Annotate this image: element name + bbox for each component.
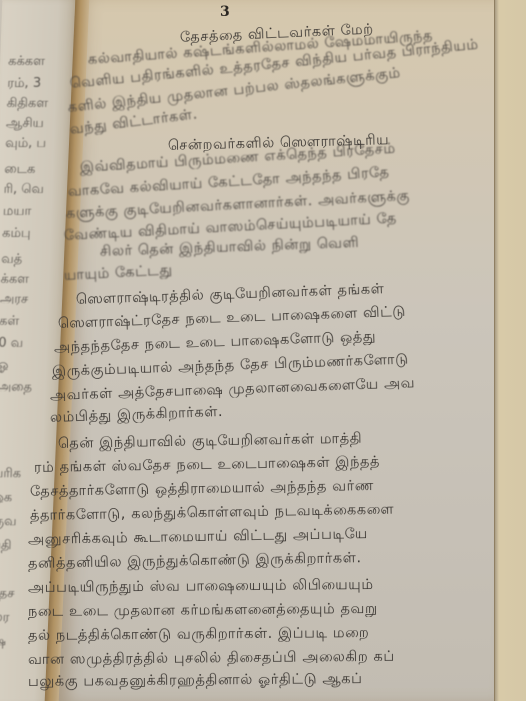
text-line: நடை உடை முதலான கர்மங்களனைத்தையும் தவறு	[28, 601, 378, 622]
text-line: த்தார்களோடு, கலந்துக்கொள்ளவும் நடவடிக்கை…	[30, 502, 394, 526]
text-line: யாயும் கேட்டது	[64, 262, 174, 286]
text-line: வான ஸமுத்திரத்தில் புசலில் திசைதப்பி அலை…	[28, 649, 395, 670]
text-line: தல் நடத்திக்கொண்டு வருகிறார்கள். இப்படி …	[28, 625, 370, 646]
text-line: தேசத்தார்களோடு ஒத்திராமையால் அந்தந்த வர்…	[30, 478, 374, 502]
text-line: பலுக்கு பகவதனுக்கிரஹத்தினால் ஓர்திட்டு ஆ…	[28, 671, 363, 692]
text-line: லம்பித்து இருக்கிறார்கள்.	[50, 404, 224, 428]
text-line: அனுசரிக்கவும் கூடாமையாய் விட்டது அப்படிய…	[28, 526, 368, 550]
text-line: அப்படியிருந்தும் ஸ்வ பாஷையையும் லிபியையு…	[28, 577, 374, 598]
text-line: தென் இந்தியாவில் குடியேறினவர்கள் மாத்தி	[58, 431, 363, 454]
text-line: ரம் தங்கள் ஸ்வதேச நடை உடைபாஷைகள் இந்தத்	[34, 454, 380, 478]
page-text: தேசத்தை விட்டவர்கள் மேற் கல்வாதியால் கஷ்…	[0, 0, 526, 701]
text-line: தனித்தனியில இருந்துக்கொண்டு இருக்கிறார்க…	[28, 550, 362, 574]
photo-scene: கக்கள ரம், 3 கிதிகள ஆசிய வும், ப டைக ரி,…	[0, 0, 526, 701]
